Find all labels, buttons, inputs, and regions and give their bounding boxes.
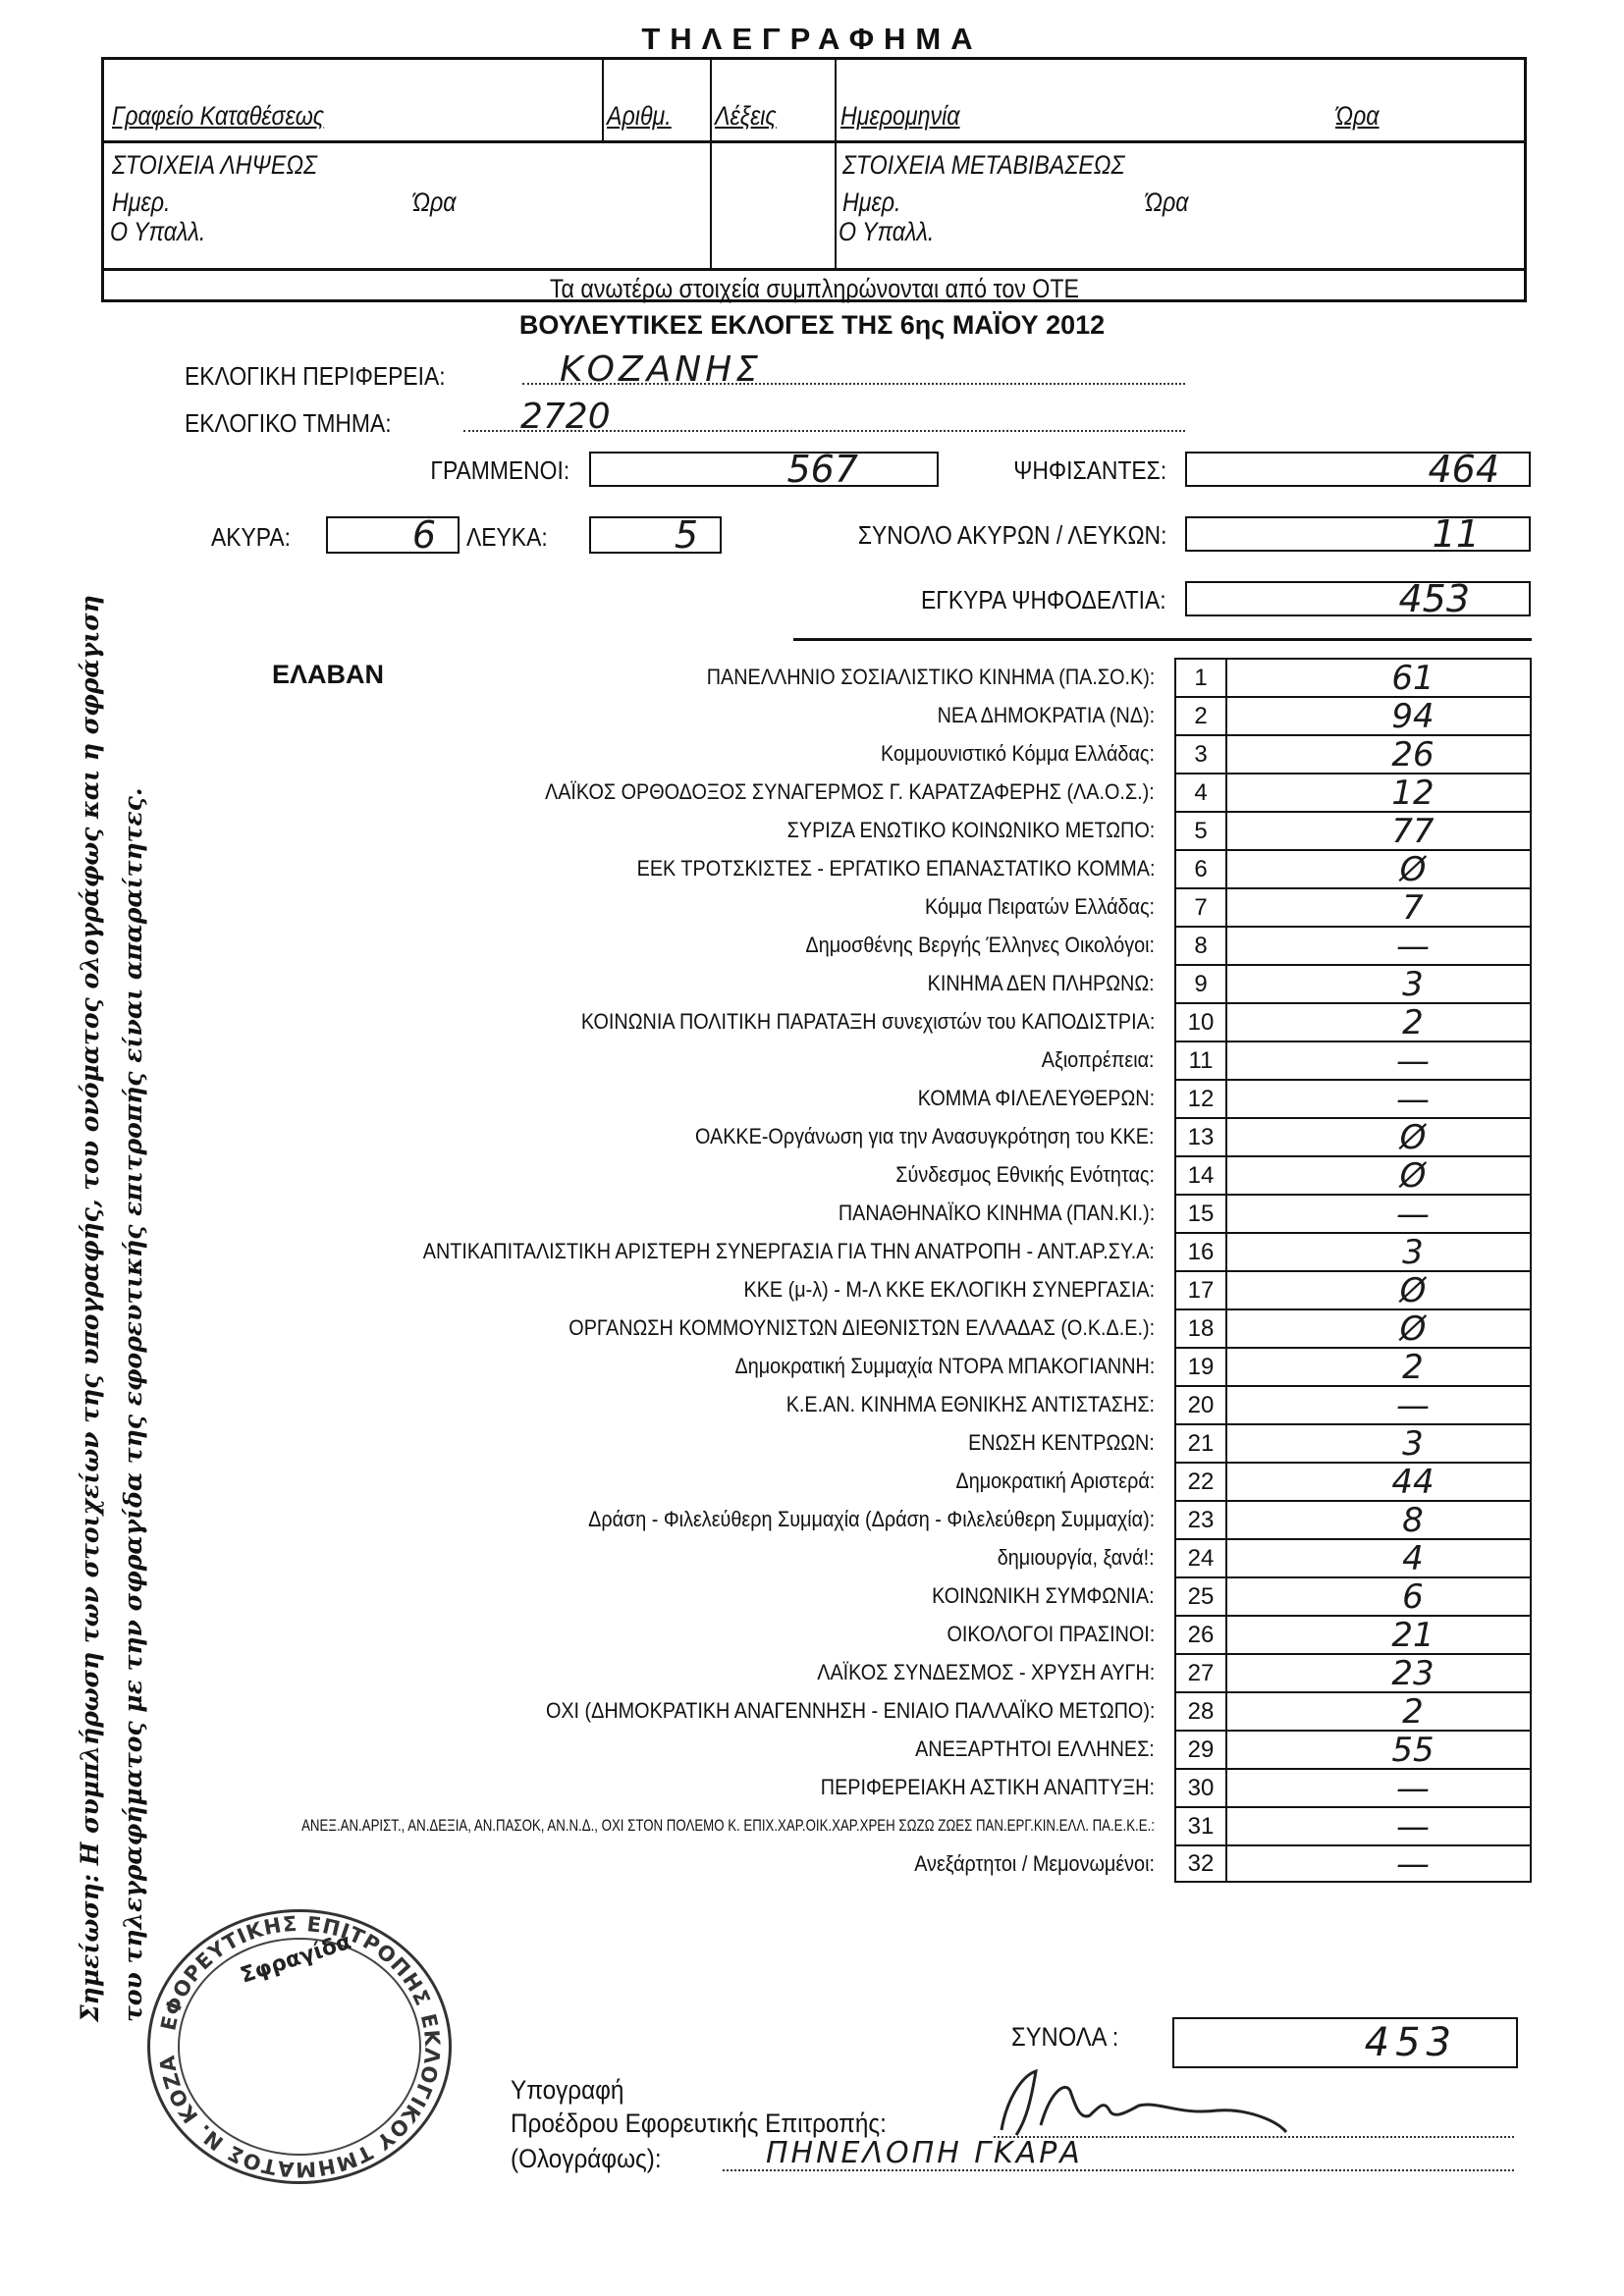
party-number: 17 <box>1174 1270 1227 1308</box>
receipt-date-label: Ημερ. <box>112 187 170 218</box>
result-row: Σύνδεσμος Εθνικής Ενότητας:14Ø <box>1174 1155 1532 1194</box>
receipt-heading: ΣΤΟΙΧΕΙΑ ΛΗΨΕΩΣ <box>112 150 317 181</box>
party-votes[interactable]: — <box>1227 1806 1532 1844</box>
name-label: (Ολογράφως): <box>511 2144 662 2174</box>
result-row: ΚΟΜΜΑ ΦΙΛΕΛΕΥΘΕΡΩΝ:12— <box>1174 1079 1532 1117</box>
party-number: 21 <box>1174 1423 1227 1462</box>
party-name: ΚΙΝΗΜΑ ΔΕΝ ΠΛΗΡΩΝΩ: <box>902 964 1155 1002</box>
party-votes[interactable]: 2 <box>1227 1002 1532 1041</box>
result-row: Δημοσθένης Βεργής Έλληνες Οικολόγοι:8— <box>1174 926 1532 964</box>
result-row: ΟΡΓΑΝΩΣΗ ΚΟΜΜΟΥΝΙΣΤΩΝ ΔΙΕΘΝΙΣΤΩΝ ΕΛΛΑΔΑΣ… <box>1174 1308 1532 1347</box>
party-votes[interactable]: — <box>1227 1041 1532 1079</box>
result-row: Κ.Ε.ΑΝ. ΚΙΝΗΜΑ ΕΘΝΙΚΗΣ ΑΝΤΙΣΤΑΣΗΣ:20— <box>1174 1385 1532 1423</box>
ote-note: Τα ανωτέρω στοιχεία συμπληρώνονται από τ… <box>104 274 1524 304</box>
party-votes[interactable]: — <box>1227 1079 1532 1117</box>
party-number: 19 <box>1174 1347 1227 1385</box>
district-label: ΕΚΛΟΓΙΚΗ ΠΕΡΙΦΕΡΕΙΑ: <box>185 361 446 392</box>
valid-value: 453 <box>1398 583 1470 614</box>
result-row: ΚΟΙΝΩΝΙΚΗ ΣΥΜΦΩΝΙΑ:256 <box>1174 1576 1532 1615</box>
party-votes[interactable]: 2 <box>1227 1691 1532 1730</box>
party-number: 6 <box>1174 849 1227 887</box>
party-name: ΟΧΙ (ΔΗΜΟΚΡΑΤΙΚΗ ΑΝΑΓΕΝΝΗΣΗ - ΕΝΙΑΙΟ ΠΑΛ… <box>478 1691 1155 1730</box>
registered-field[interactable]: 567 <box>589 452 939 487</box>
party-votes[interactable]: — <box>1227 1385 1532 1423</box>
receipt-clerk-label: Ο Υπαλλ. <box>110 217 205 247</box>
party-number: 11 <box>1174 1041 1227 1079</box>
party-number: 32 <box>1174 1844 1227 1883</box>
divider <box>104 140 1524 143</box>
party-name: ΠΑΝΕΛΛΗΝΙΟ ΣΟΣΙΑΛΙΣΤΙΚΟ ΚΙΝΗΜΑ (ΠΑ.ΣΟ.Κ)… <box>657 658 1155 696</box>
divider <box>835 60 837 268</box>
transmission-heading: ΣΤΟΙΧΕΙΑ ΜΕΤΑΒΙΒΑΣΕΩΣ <box>842 150 1124 181</box>
invalid-blank-total-field[interactable]: 11 <box>1185 516 1531 552</box>
divider <box>602 60 604 140</box>
valid-field[interactable]: 453 <box>1185 581 1531 616</box>
totals-value: 453 <box>1365 2019 1457 2066</box>
election-heading: ΒΟΥΛΕΥΤΙΚΕΣ ΕΚΛΟΓΕΣ ΤΗΣ 6ης ΜΑΪΟΥ 2012 <box>0 310 1624 341</box>
blank-field[interactable]: 5 <box>589 516 722 554</box>
party-number: 30 <box>1174 1768 1227 1806</box>
result-row: ΑΝΕΞΑΡΤΗΤΟΙ ΕΛΛΗΝΕΣ:2955 <box>1174 1730 1532 1768</box>
party-number: 10 <box>1174 1002 1227 1041</box>
result-row: ΚΚΕ (μ-λ) - Μ-Λ ΚΚΕ ΕΚΛΟΓΙΚΗ ΣΥΝΕΡΓΑΣΙΑ:… <box>1174 1270 1532 1308</box>
party-number: 5 <box>1174 811 1227 849</box>
valid-label: ΕΓΚΥΡΑ ΨΗΦΟΔΕΛΤΙΑ: <box>921 585 1166 615</box>
party-votes[interactable]: 61 <box>1227 658 1532 696</box>
result-row: ΠΕΡΙΦΕΡΕΙΑΚΗ ΑΣΤΙΚΗ ΑΝΑΠΤΥΞΗ:30— <box>1174 1768 1532 1806</box>
party-number: 29 <box>1174 1730 1227 1768</box>
invalid-field[interactable]: 6 <box>326 516 460 554</box>
committee-stamp: ΕΦΟΡΕΥΤΙΚΗΣ ΕΠΙΤΡΟΠΗΣ ΕΚΛΟΓΙΚΟΥ ΤΜΗΜΑΤΟΣ… <box>147 1909 452 2184</box>
party-name: ΣΥΡΙΖΑ ΕΝΩΤΙΚΟ ΚΟΙΝΩΝΙΚΟ ΜΕΤΩΠΟ: <box>746 811 1155 849</box>
district-value[interactable]: ΚΟΖΑΝΗΣ <box>560 349 762 390</box>
party-name: ΕΕΚ ΤΡΟΤΣΚΙΣΤΕΣ - ΕΡΓΑΤΙΚΟ ΕΠΑΝΑΣΤΑΤΙΚΟ … <box>579 849 1155 887</box>
results-table: ΠΑΝΕΛΛΗΝΙΟ ΣΟΣΙΑΛΙΣΤΙΚΟ ΚΙΝΗΜΑ (ΠΑ.ΣΟ.Κ)… <box>1174 658 1532 1883</box>
blank-value: 5 <box>675 518 698 552</box>
transmission-clerk-label: Ο Υπαλλ. <box>839 217 934 247</box>
party-number: 13 <box>1174 1117 1227 1155</box>
section-value[interactable]: 2720 <box>520 397 611 437</box>
party-number: 15 <box>1174 1194 1227 1232</box>
transmission-time-label: Ώρα <box>1145 187 1189 218</box>
invalid-blank-total-label: ΣΥΝΟΛΟ ΑΚΥΡΩΝ / ΛΕΥΚΩΝ: <box>857 520 1166 551</box>
party-number: 31 <box>1174 1806 1227 1844</box>
voted-value: 464 <box>1428 454 1499 485</box>
result-row: ΠΑΝΕΛΛΗΝΙΟ ΣΟΣΙΑΛΙΣΤΙΚΟ ΚΙΝΗΜΑ (ΠΑ.ΣΟ.Κ)… <box>1174 658 1532 696</box>
result-row: ΚΙΝΗΜΑ ΔΕΝ ΠΛΗΡΩΝΩ:93 <box>1174 964 1532 1002</box>
party-number: 28 <box>1174 1691 1227 1730</box>
side-note-line-2: του τηλεγραφήματος με την σφραγίδα της ε… <box>112 638 155 2022</box>
party-number: 12 <box>1174 1079 1227 1117</box>
result-row: Κόμμα Πειρατών Ελλάδας:77 <box>1174 887 1532 926</box>
party-name: ΟΑΚΚΕ-Οργάνωση για την Ανασυγκρότηση του… <box>644 1117 1155 1155</box>
party-votes[interactable]: — <box>1227 1194 1532 1232</box>
party-name: Δράση - Φιλελεύθερη Συμμαχία (Δράση - Φι… <box>525 1500 1155 1538</box>
result-row: ΝΕΑ ΔΗΜΟΚΡΑΤΙΑ (ΝΔ):294 <box>1174 696 1532 734</box>
date-label: Ημερομηνία <box>840 101 960 132</box>
result-row: ΑΝΤΙΚΑΠΙΤΑΛΙΣΤΙΚΗ ΑΡΙΣΤΕΡΗ ΣΥΝΕΡΓΑΣΙΑ ΓΙ… <box>1174 1232 1532 1270</box>
result-row: ΟΧΙ (ΔΗΜΟΚΡΑΤΙΚΗ ΑΝΑΓΕΝΝΗΣΗ - ΕΝΙΑΙΟ ΠΑΛ… <box>1174 1691 1532 1730</box>
party-name: Αξιοπρέπεια: <box>1029 1041 1155 1079</box>
party-votes[interactable]: 26 <box>1227 734 1532 773</box>
party-name: ΛΑΪΚΟΣ ΟΡΘΟΔΟΞΟΣ ΣΥΝΑΓΕΡΜΟΣ Γ. ΚΑΡΑΤΖΑΦΕ… <box>477 773 1155 811</box>
party-votes[interactable]: 8 <box>1227 1500 1532 1538</box>
party-name: ΚΟΙΝΩΝΙΑ ΠΟΛΙΤΙΚΗ ΠΑΡΑΤΑΞΗ συνεχιστών το… <box>517 1002 1155 1041</box>
party-number: 4 <box>1174 773 1227 811</box>
transmission-date-label: Ημερ. <box>842 187 900 218</box>
divider <box>710 60 712 268</box>
voted-label: ΨΗΦΙΣΑΝΤΕΣ: <box>1013 455 1166 486</box>
time-label: Ώρα <box>1335 101 1380 132</box>
party-name: Ανεξάρτητοι / Μεμονωμένοι: <box>888 1844 1155 1883</box>
result-row: Αξιοπρέπεια:11— <box>1174 1041 1532 1079</box>
party-votes[interactable]: 77 <box>1227 811 1532 849</box>
result-row: Δημοκρατική Συμμαχία ΝΤΟΡΑ ΜΠΑΚΟΓΙΑΝΝΗ:1… <box>1174 1347 1532 1385</box>
party-number: 18 <box>1174 1308 1227 1347</box>
result-row: ΣΥΡΙΖΑ ΕΝΩΤΙΚΟ ΚΟΙΝΩΝΙΚΟ ΜΕΤΩΠΟ:577 <box>1174 811 1532 849</box>
invalid-value: 6 <box>412 518 436 552</box>
result-row: ΟΑΚΚΕ-Οργάνωση για την Ανασυγκρότηση του… <box>1174 1117 1532 1155</box>
party-name: Κ.Ε.ΑΝ. ΚΙΝΗΜΑ ΕΘΝΙΚΗΣ ΑΝΤΙΣΤΑΣΗΣ: <box>745 1385 1155 1423</box>
party-votes[interactable]: Ø <box>1227 1308 1532 1347</box>
party-number: 24 <box>1174 1538 1227 1576</box>
party-votes[interactable]: — <box>1227 1768 1532 1806</box>
party-votes[interactable]: 3 <box>1227 1232 1532 1270</box>
party-votes[interactable]: — <box>1227 1844 1532 1883</box>
party-votes[interactable]: 21 <box>1227 1615 1532 1653</box>
section-label: ΕΚΛΟΓΙΚΟ ΤΜΗΜΑ: <box>185 408 392 439</box>
side-note: Σημείωση: Η συμπλήρωση των στοιχείων της… <box>69 638 155 2022</box>
invalid-blank-total-value: 11 <box>1433 518 1480 550</box>
party-votes[interactable]: 44 <box>1227 1462 1532 1500</box>
party-number: 22 <box>1174 1462 1227 1500</box>
party-name: ΠΕΡΙΦΕΡΕΙΑΚΗ ΑΣΤΙΚΗ ΑΝΑΠΤΥΞΗ: <box>784 1768 1155 1806</box>
party-name: ΠΑΝΑΘΗΝΑΪΚΟ ΚΙΝΗΜΑ (ΠΑΝ.ΚΙ.): <box>803 1194 1155 1232</box>
party-name: Δημοκρατική Αριστερά: <box>934 1462 1155 1500</box>
party-number: 2 <box>1174 696 1227 734</box>
receipt-time-label: Ώρα <box>412 187 457 218</box>
result-row: ΛΑΪΚΟΣ ΟΡΘΟΔΟΞΟΣ ΣΥΝΑΓΕΡΜΟΣ Γ. ΚΑΡΑΤΖΑΦΕ… <box>1174 773 1532 811</box>
deposit-office-label: Γραφείο Καταθέσεως <box>112 101 324 132</box>
result-row: ΟΙΚΟΛΟΓΟΙ ΠΡΑΣΙΝΟΙ:2621 <box>1174 1615 1532 1653</box>
party-votes[interactable]: Ø <box>1227 1117 1532 1155</box>
result-row: ΕΝΩΣΗ ΚΕΝΤΡΩΩΝ:213 <box>1174 1423 1532 1462</box>
section-rule <box>793 638 1532 641</box>
registered-value: 567 <box>786 454 858 485</box>
voted-field[interactable]: 464 <box>1185 452 1531 487</box>
registered-label: ΓΡΑΜΜΕΝΟΙ: <box>430 455 569 486</box>
party-votes[interactable]: Ø <box>1227 1155 1532 1194</box>
totals-label: ΣΥΝΟΛΑ : <box>1011 2022 1118 2053</box>
results-heading: ΕΛΑΒΑΝ <box>272 660 384 690</box>
result-row: ΑΝΕΞ.ΑΝ.ΑΡΙΣΤ., ΑΝ.ΔΕΞΙΑ, ΑΝ.ΠΑΣΟΚ, ΑΝ.Ν… <box>1174 1806 1532 1844</box>
result-row: Κομμουνιστικό Κόμμα Ελλάδας:326 <box>1174 734 1532 773</box>
result-row: δημιουργία, ξανά!:244 <box>1174 1538 1532 1576</box>
party-votes[interactable]: 2 <box>1227 1347 1532 1385</box>
blank-label: ΛΕΥΚΑ: <box>466 522 548 553</box>
party-votes[interactable]: 7 <box>1227 887 1532 926</box>
party-name: ΑΝΤΙΚΑΠΙΤΑΛΙΣΤΙΚΗ ΑΡΙΣΤΕΡΗ ΣΥΝΕΡΓΑΣΙΑ ΓΙ… <box>342 1232 1155 1270</box>
party-number: 1 <box>1174 658 1227 696</box>
party-votes[interactable]: — <box>1227 926 1532 964</box>
number-label: Αριθμ. <box>607 101 672 132</box>
party-name: δημιουργία, ξανά!: <box>980 1538 1155 1576</box>
party-number: 8 <box>1174 926 1227 964</box>
party-name: Κόμμα Πειρατών Ελλάδας: <box>899 887 1155 926</box>
party-number: 9 <box>1174 964 1227 1002</box>
form-title: ΤΗΛΕΓΡΑΦΗΜΑ <box>0 22 1624 57</box>
divider <box>104 268 1524 271</box>
result-row: ΠΑΝΑΘΗΝΑΪΚΟ ΚΙΝΗΜΑ (ΠΑΝ.ΚΙ.):15— <box>1174 1194 1532 1232</box>
party-name: ΑΝΕΞΑΡΤΗΤΟΙ ΕΛΛΗΝΕΣ: <box>889 1730 1155 1768</box>
party-name: Δημοσθένης Βεργής Έλληνες Οικολόγοι: <box>767 926 1155 964</box>
party-votes[interactable]: Ø <box>1227 1270 1532 1308</box>
result-row: Δημοκρατική Αριστερά:2244 <box>1174 1462 1532 1500</box>
stamp-text-ring: ΕΦΟΡΕΥΤΙΚΗΣ ΕΠΙΤΡΟΠΗΣ ΕΚΛΟΓΙΚΟΥ ΤΜΗΜΑΤΟΣ… <box>147 1909 452 2184</box>
result-row: Δράση - Φιλελεύθερη Συμμαχία (Δράση - Φι… <box>1174 1500 1532 1538</box>
signature-label: Υπογραφή <box>511 2075 623 2106</box>
invalid-label: ΑΚΥΡΑ: <box>211 522 291 553</box>
party-name: ΕΝΩΣΗ ΚΕΝΤΡΩΩΝ: <box>947 1423 1155 1462</box>
party-votes[interactable]: 55 <box>1227 1730 1532 1768</box>
result-row: ΕΕΚ ΤΡΟΤΣΚΙΣΤΕΣ - ΕΡΓΑΤΙΚΟ ΕΠΑΝΑΣΤΑΤΙΚΟ … <box>1174 849 1532 887</box>
party-votes[interactable]: 12 <box>1227 773 1532 811</box>
party-number: 14 <box>1174 1155 1227 1194</box>
party-name: ΑΝΕΞ.ΑΝ.ΑΡΙΣΤ., ΑΝ.ΔΕΞΙΑ, ΑΝ.ΠΑΣΟΚ, ΑΝ.Ν… <box>61 1806 1155 1844</box>
party-name: Σύνδεσμος Εθνικής Ενότητας: <box>867 1155 1155 1194</box>
party-number: 7 <box>1174 887 1227 926</box>
party-number: 25 <box>1174 1576 1227 1615</box>
party-votes[interactable]: 3 <box>1227 964 1532 1002</box>
party-votes[interactable]: 23 <box>1227 1653 1532 1691</box>
party-number: 26 <box>1174 1615 1227 1653</box>
party-name: ΚΚΕ (μ-λ) - Μ-Λ ΚΚΕ ΕΚΛΟΓΙΚΗ ΣΥΝΕΡΓΑΣΙΑ: <box>698 1270 1155 1308</box>
party-votes[interactable]: Ø <box>1227 849 1532 887</box>
party-votes[interactable]: 94 <box>1227 696 1532 734</box>
party-votes[interactable]: 6 <box>1227 1576 1532 1615</box>
result-row: ΛΑΪΚΟΣ ΣΥΝΔΕΣΜΟΣ - ΧΡΥΣΗ ΑΥΓΗ:2723 <box>1174 1653 1532 1691</box>
signature-president-label: Προέδρου Εφορευτικής Επιτροπής: <box>511 2109 887 2139</box>
party-name: Δημοκρατική Συμμαχία ΝΤΟΡΑ ΜΠΑΚΟΓΙΑΝΝΗ: <box>688 1347 1155 1385</box>
president-name[interactable]: ΠΗΝΕΛΟΠΗ ΓΚΑΡΑ <box>766 2136 1083 2170</box>
side-note-line-1: Σημείωση: Η συμπλήρωση των στοιχείων της… <box>69 638 112 2022</box>
party-number: 3 <box>1174 734 1227 773</box>
telegram-header-box: Γραφείο Καταθέσεως Αριθμ. Λέξεις Ημερομη… <box>101 57 1527 302</box>
party-name: ΝΕΑ ΔΗΜΟΚΡΑΤΙΑ (ΝΔ): <box>913 696 1155 734</box>
party-number: 20 <box>1174 1385 1227 1423</box>
party-number: 27 <box>1174 1653 1227 1691</box>
party-name: ΟΙΚΟΛΟΓΟΙ ΠΡΑΣΙΝΟΙ: <box>924 1615 1155 1653</box>
party-name: ΟΡΓΑΝΩΣΗ ΚΟΜΜΟΥΝΙΣΤΩΝ ΔΙΕΘΝΙΣΤΩΝ ΕΛΛΑΔΑΣ… <box>504 1308 1155 1347</box>
result-row: ΚΟΙΝΩΝΙΑ ΠΟΛΙΤΙΚΗ ΠΑΡΑΤΑΞΗ συνεχιστών το… <box>1174 1002 1532 1041</box>
result-row: Ανεξάρτητοι / Μεμονωμένοι:32— <box>1174 1844 1532 1883</box>
party-votes[interactable]: 4 <box>1227 1538 1532 1576</box>
party-votes[interactable]: 3 <box>1227 1423 1532 1462</box>
party-number: 16 <box>1174 1232 1227 1270</box>
party-name: ΚΟΜΜΑ ΦΙΛΕΛΕΥΘΕΡΩΝ: <box>892 1079 1155 1117</box>
party-number: 23 <box>1174 1500 1227 1538</box>
party-name: ΛΑΪΚΟΣ ΣΥΝΔΕΣΜΟΣ - ΧΡΥΣΗ ΑΥΓΗ: <box>780 1653 1155 1691</box>
party-name: ΚΟΙΝΩΝΙΚΗ ΣΥΜΦΩΝΙΑ: <box>907 1576 1155 1615</box>
party-name: Κομμουνιστικό Κόμμα Ελλάδας: <box>850 734 1155 773</box>
words-label: Λέξεις <box>715 101 777 132</box>
